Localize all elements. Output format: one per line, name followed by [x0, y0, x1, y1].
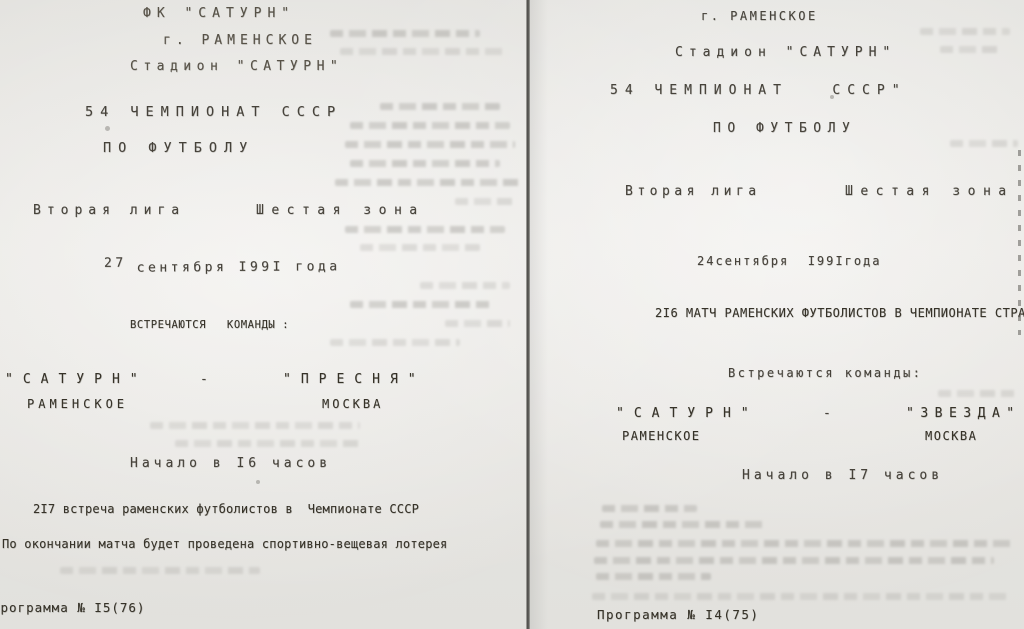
away-team-name: "ЗВЕЗДА"	[906, 406, 1021, 421]
teams-heading: ВСТРЕЧАЮТСЯ КОМАНДЫ :	[130, 319, 289, 331]
bleed-through-text	[60, 567, 260, 574]
league-label: Вторая лига	[33, 203, 185, 218]
competition-title: ПО ФУТБОЛУ	[103, 140, 254, 156]
bleed-through-text	[345, 226, 505, 233]
lottery-note: По окончании матча будет проведена спорт…	[2, 537, 447, 551]
bleed-through-text	[345, 141, 515, 148]
ink-speck	[256, 480, 260, 484]
bleed-through-text	[940, 46, 1002, 53]
match-count-note: 2I6 МАТЧ РАМЕНСКИХ ФУТБОЛИСТОВ В ЧЕМПИОН…	[655, 306, 1024, 320]
bleed-through-text	[420, 282, 510, 289]
team-separator: -	[200, 372, 208, 387]
scan-edge-marks	[1018, 150, 1021, 335]
home-team-name: "САТУРН"	[616, 406, 759, 421]
championship-title: 54 ЧЕМПИОНАТ СССР	[85, 104, 342, 120]
bleed-through-text	[602, 505, 697, 512]
bleed-through-text	[600, 521, 765, 528]
bleed-through-text	[920, 28, 1010, 35]
away-team-city: МОСКВА	[925, 429, 977, 443]
bleed-through-text	[950, 140, 1018, 147]
team-separator: -	[823, 406, 831, 421]
bleed-through-text	[380, 103, 500, 110]
bleed-through-text	[350, 301, 490, 308]
right-page: г. РАМЕНСКОЕ Стадион "САТУРН" 54 ЧЕМПИОН…	[530, 0, 1024, 629]
club-name: ФК "САТУРН"	[143, 6, 295, 21]
zone-label: Шестая зона	[256, 203, 425, 218]
city-line: г. РАМЕНСКОЕ	[163, 33, 317, 48]
stadium-line: Стадион "САТУРН"	[130, 59, 343, 74]
bleed-through-text	[350, 160, 500, 167]
zone-label: Шестая зона	[845, 184, 1014, 199]
stadium-line: Стадион "САТУРН"	[675, 45, 896, 60]
away-team-city: МОСКВА	[322, 397, 383, 411]
bleed-through-text	[335, 179, 520, 186]
bleed-through-text	[596, 540, 1011, 547]
bleed-through-text	[445, 320, 510, 327]
match-date: 24сентября I99Iгода	[697, 254, 882, 268]
kickoff-time: Начало в I6 часов	[130, 456, 331, 471]
home-team-name: "САТУРН"	[5, 372, 148, 387]
bleed-through-text	[330, 339, 460, 346]
bleed-through-text	[594, 557, 994, 564]
city-line: г. РАМЕНСКОЕ	[701, 9, 818, 23]
bleed-through-text	[938, 390, 1018, 397]
bleed-through-text	[592, 593, 1012, 600]
home-team-city: РАМЕНСКОЕ	[27, 397, 128, 411]
programme-number: Программа № I5(76)	[0, 600, 145, 615]
bleed-through-text	[360, 244, 480, 251]
bleed-through-text	[340, 48, 505, 55]
match-date: 27сентября I99I года	[104, 259, 341, 276]
home-team-city: РАМЕНСКОЕ	[622, 429, 701, 443]
league-label: Вторая лига	[625, 184, 761, 199]
scanned-programme-spread: ФК "САТУРН" г. РАМЕНСКОЕ Стадион "САТУРН…	[0, 0, 1024, 629]
teams-heading: Встречаются команды:	[728, 366, 923, 380]
ink-speck	[105, 126, 110, 131]
competition-title: ПО ФУТБОЛУ	[713, 121, 856, 136]
match-count-note: 2I7 встреча раменских футболистов в Чемп…	[33, 502, 419, 516]
bleed-through-text	[350, 122, 510, 129]
bleed-through-text	[596, 573, 711, 580]
bleed-through-text	[175, 440, 360, 447]
match-date-rest: сентября I99I года	[137, 259, 341, 275]
match-date-day: 27	[104, 256, 127, 271]
bleed-through-text	[150, 422, 360, 429]
away-team-name: "ПРЕСНЯ"	[283, 372, 426, 387]
programme-number: Программа № I4(75)	[597, 607, 759, 622]
championship-title: 54 ЧЕМПИОНАТ СССР"	[610, 83, 907, 98]
bleed-through-text	[330, 30, 480, 37]
kickoff-time: Начало в I7 часов	[742, 468, 943, 483]
left-page: ФК "САТУРН" г. РАМЕНСКОЕ Стадион "САТУРН…	[0, 0, 527, 629]
bleed-through-text	[455, 198, 515, 205]
